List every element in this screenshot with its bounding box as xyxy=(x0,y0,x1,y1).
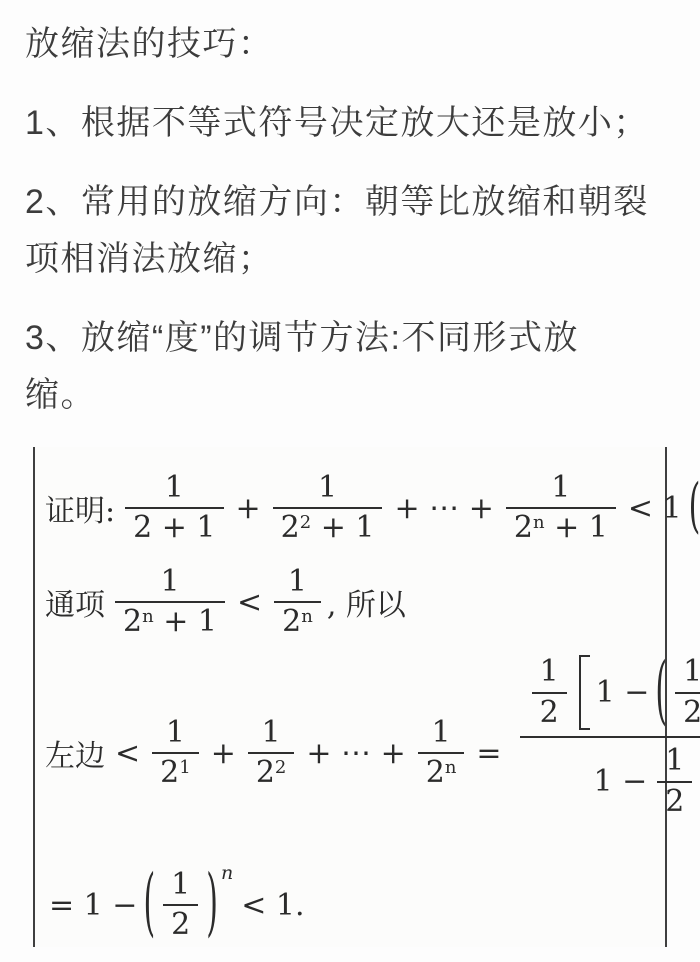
notes-point-3-line-1: 3、放缩“度”的调节方法:不同形式放 xyxy=(25,310,676,367)
big-fraction-denominator: 1 − 1 2 xyxy=(520,736,700,819)
less-than-operator: < xyxy=(237,585,262,620)
proof-line-2-label: 通项 xyxy=(45,580,105,624)
open-paren: ( xyxy=(143,868,155,942)
proof-line-4: = 1 − ( 1 2 ) n < 1. xyxy=(45,861,659,949)
less-than-operator: < xyxy=(115,736,140,771)
fraction-1-over-2-1: 1 21 xyxy=(152,716,199,791)
fraction-numerator: 1 xyxy=(310,471,345,508)
fraction-1-over-2n: 1 2n xyxy=(274,565,321,640)
fraction-one-half: 1 2 xyxy=(163,868,198,943)
one-minus-text: 1 − xyxy=(596,675,650,710)
fraction-numerator: 1 xyxy=(280,565,315,602)
open-paren: ( xyxy=(689,479,700,538)
fraction-denominator: 2 xyxy=(163,904,198,943)
fraction-denominator: 2n xyxy=(274,601,321,640)
open-paren: ( xyxy=(655,656,667,730)
exponent: 2 xyxy=(300,512,311,533)
ellipsis-operator: + ⋯ + xyxy=(394,491,493,526)
rest: + 1 xyxy=(311,510,374,545)
fraction-1-over-2-plus-1: 1 2 + 1 xyxy=(125,471,223,546)
notes-point-1: 1、根据不等式符号决定放大还是放小； xyxy=(25,95,676,152)
big-fraction-numerator: 1 2 1 − ( 1 2 ) n xyxy=(520,653,700,738)
big-fraction: 1 2 1 − ( 1 2 ) n 1 − 1 2 xyxy=(520,653,700,819)
one-minus-text: 1 − xyxy=(593,764,647,799)
proof-line-2-suffix: , 所以 xyxy=(327,580,406,624)
fraction-denominator: 2 xyxy=(532,692,567,731)
fraction-numerator: 1 xyxy=(657,744,692,781)
base: 2 xyxy=(282,604,301,639)
fraction-denominator: 22 xyxy=(248,752,295,791)
plus-operator: + xyxy=(211,736,236,771)
exponent: n xyxy=(301,606,313,627)
fraction-denominator: 2n xyxy=(418,752,465,791)
fraction-1-over-2-n: 1 2n xyxy=(418,716,465,791)
fraction-numerator: 1 xyxy=(532,655,567,692)
notes-point-2-line-2: 项相消法放缩； xyxy=(25,231,676,288)
fraction-numerator: 1 xyxy=(543,471,578,508)
fraction-numerator: 1 xyxy=(152,565,187,602)
base: 2 xyxy=(256,755,275,790)
fraction-denominator: 21 xyxy=(152,752,199,791)
plus-operator: + xyxy=(236,491,261,526)
fraction-1-over-2n-plus-1: 1 2n + 1 xyxy=(115,565,225,640)
fraction-numerator: 1 xyxy=(424,716,459,753)
fraction-1-over-2n-plus-1: 1 2n + 1 xyxy=(506,471,616,546)
close-paren: ) xyxy=(206,868,218,942)
fraction-one-half: 1 2 xyxy=(675,655,700,730)
proof-line-1-label: 证明: xyxy=(45,486,115,530)
less-than-one: < 1 xyxy=(628,491,682,526)
base: 2 xyxy=(281,510,300,545)
fraction-numerator: 1 xyxy=(675,655,700,692)
fraction-numerator: 1 xyxy=(157,471,192,508)
fraction-1-over-2-2: 1 22 xyxy=(248,716,295,791)
fraction-one-half: 1 2 xyxy=(657,744,692,819)
notes-point-2-line-1: 2、常用的放缩方向：朝等比放缩和朝裂 xyxy=(25,174,676,231)
fraction-denominator: 2 xyxy=(675,692,700,731)
fraction-denominator: 2 xyxy=(657,781,692,820)
fraction-numerator: 1 xyxy=(163,868,198,905)
rest: + 1 xyxy=(545,510,608,545)
fraction-denominator: 2 + 1 xyxy=(125,507,223,546)
exponent: n xyxy=(445,757,457,778)
base: 2 xyxy=(123,604,142,639)
base: 2 xyxy=(514,510,533,545)
ellipsis-operator: + ⋯ + xyxy=(306,736,405,771)
proof-figure: 证明: 1 2 + 1 + 1 22 + 1 + ⋯ + 1 2n + 1 < … xyxy=(33,447,667,947)
fraction-numerator: 1 xyxy=(158,716,193,753)
proof-line-3-label: 左边 xyxy=(45,731,105,775)
notes-point-3-line-2: 缩。 xyxy=(25,367,676,424)
exponent: n xyxy=(533,512,545,533)
proof-line-3: 左边 < 1 21 + 1 22 + ⋯ + 1 2n = 1 2 1 − ( xyxy=(45,645,659,861)
less-than-one-text: < 1. xyxy=(241,888,304,923)
fraction-denominator: 2n + 1 xyxy=(115,601,225,640)
fraction-one-half: 1 2 xyxy=(532,655,567,730)
equals-operator: = xyxy=(476,736,501,771)
proof-line-1: 证明: 1 2 + 1 + 1 22 + 1 + ⋯ + 1 2n + 1 < … xyxy=(45,457,659,559)
notes-section: 放缩法的技巧： 1、根据不等式符号决定放大还是放小； 2、常用的放缩方向：朝等比… xyxy=(0,0,700,424)
fraction-1-over-2sq-plus-1: 1 22 + 1 xyxy=(273,471,383,546)
equals-one-minus-text: = 1 − xyxy=(49,888,137,923)
fraction-denominator: 2n + 1 xyxy=(506,507,616,546)
base: 2 xyxy=(426,755,445,790)
exponent: 1 xyxy=(179,757,190,778)
fraction-numerator: 1 xyxy=(254,716,289,753)
proof-line-2: 通项 1 2n + 1 < 1 2n , 所以 xyxy=(45,559,659,645)
fraction-denominator: 22 + 1 xyxy=(273,507,383,546)
base: 2 xyxy=(160,755,179,790)
exponent: n xyxy=(142,606,154,627)
exponent: 2 xyxy=(275,757,286,778)
left-square-bracket xyxy=(579,655,590,730)
notes-title: 放缩法的技巧： xyxy=(25,16,676,73)
rest: + 1 xyxy=(154,604,217,639)
